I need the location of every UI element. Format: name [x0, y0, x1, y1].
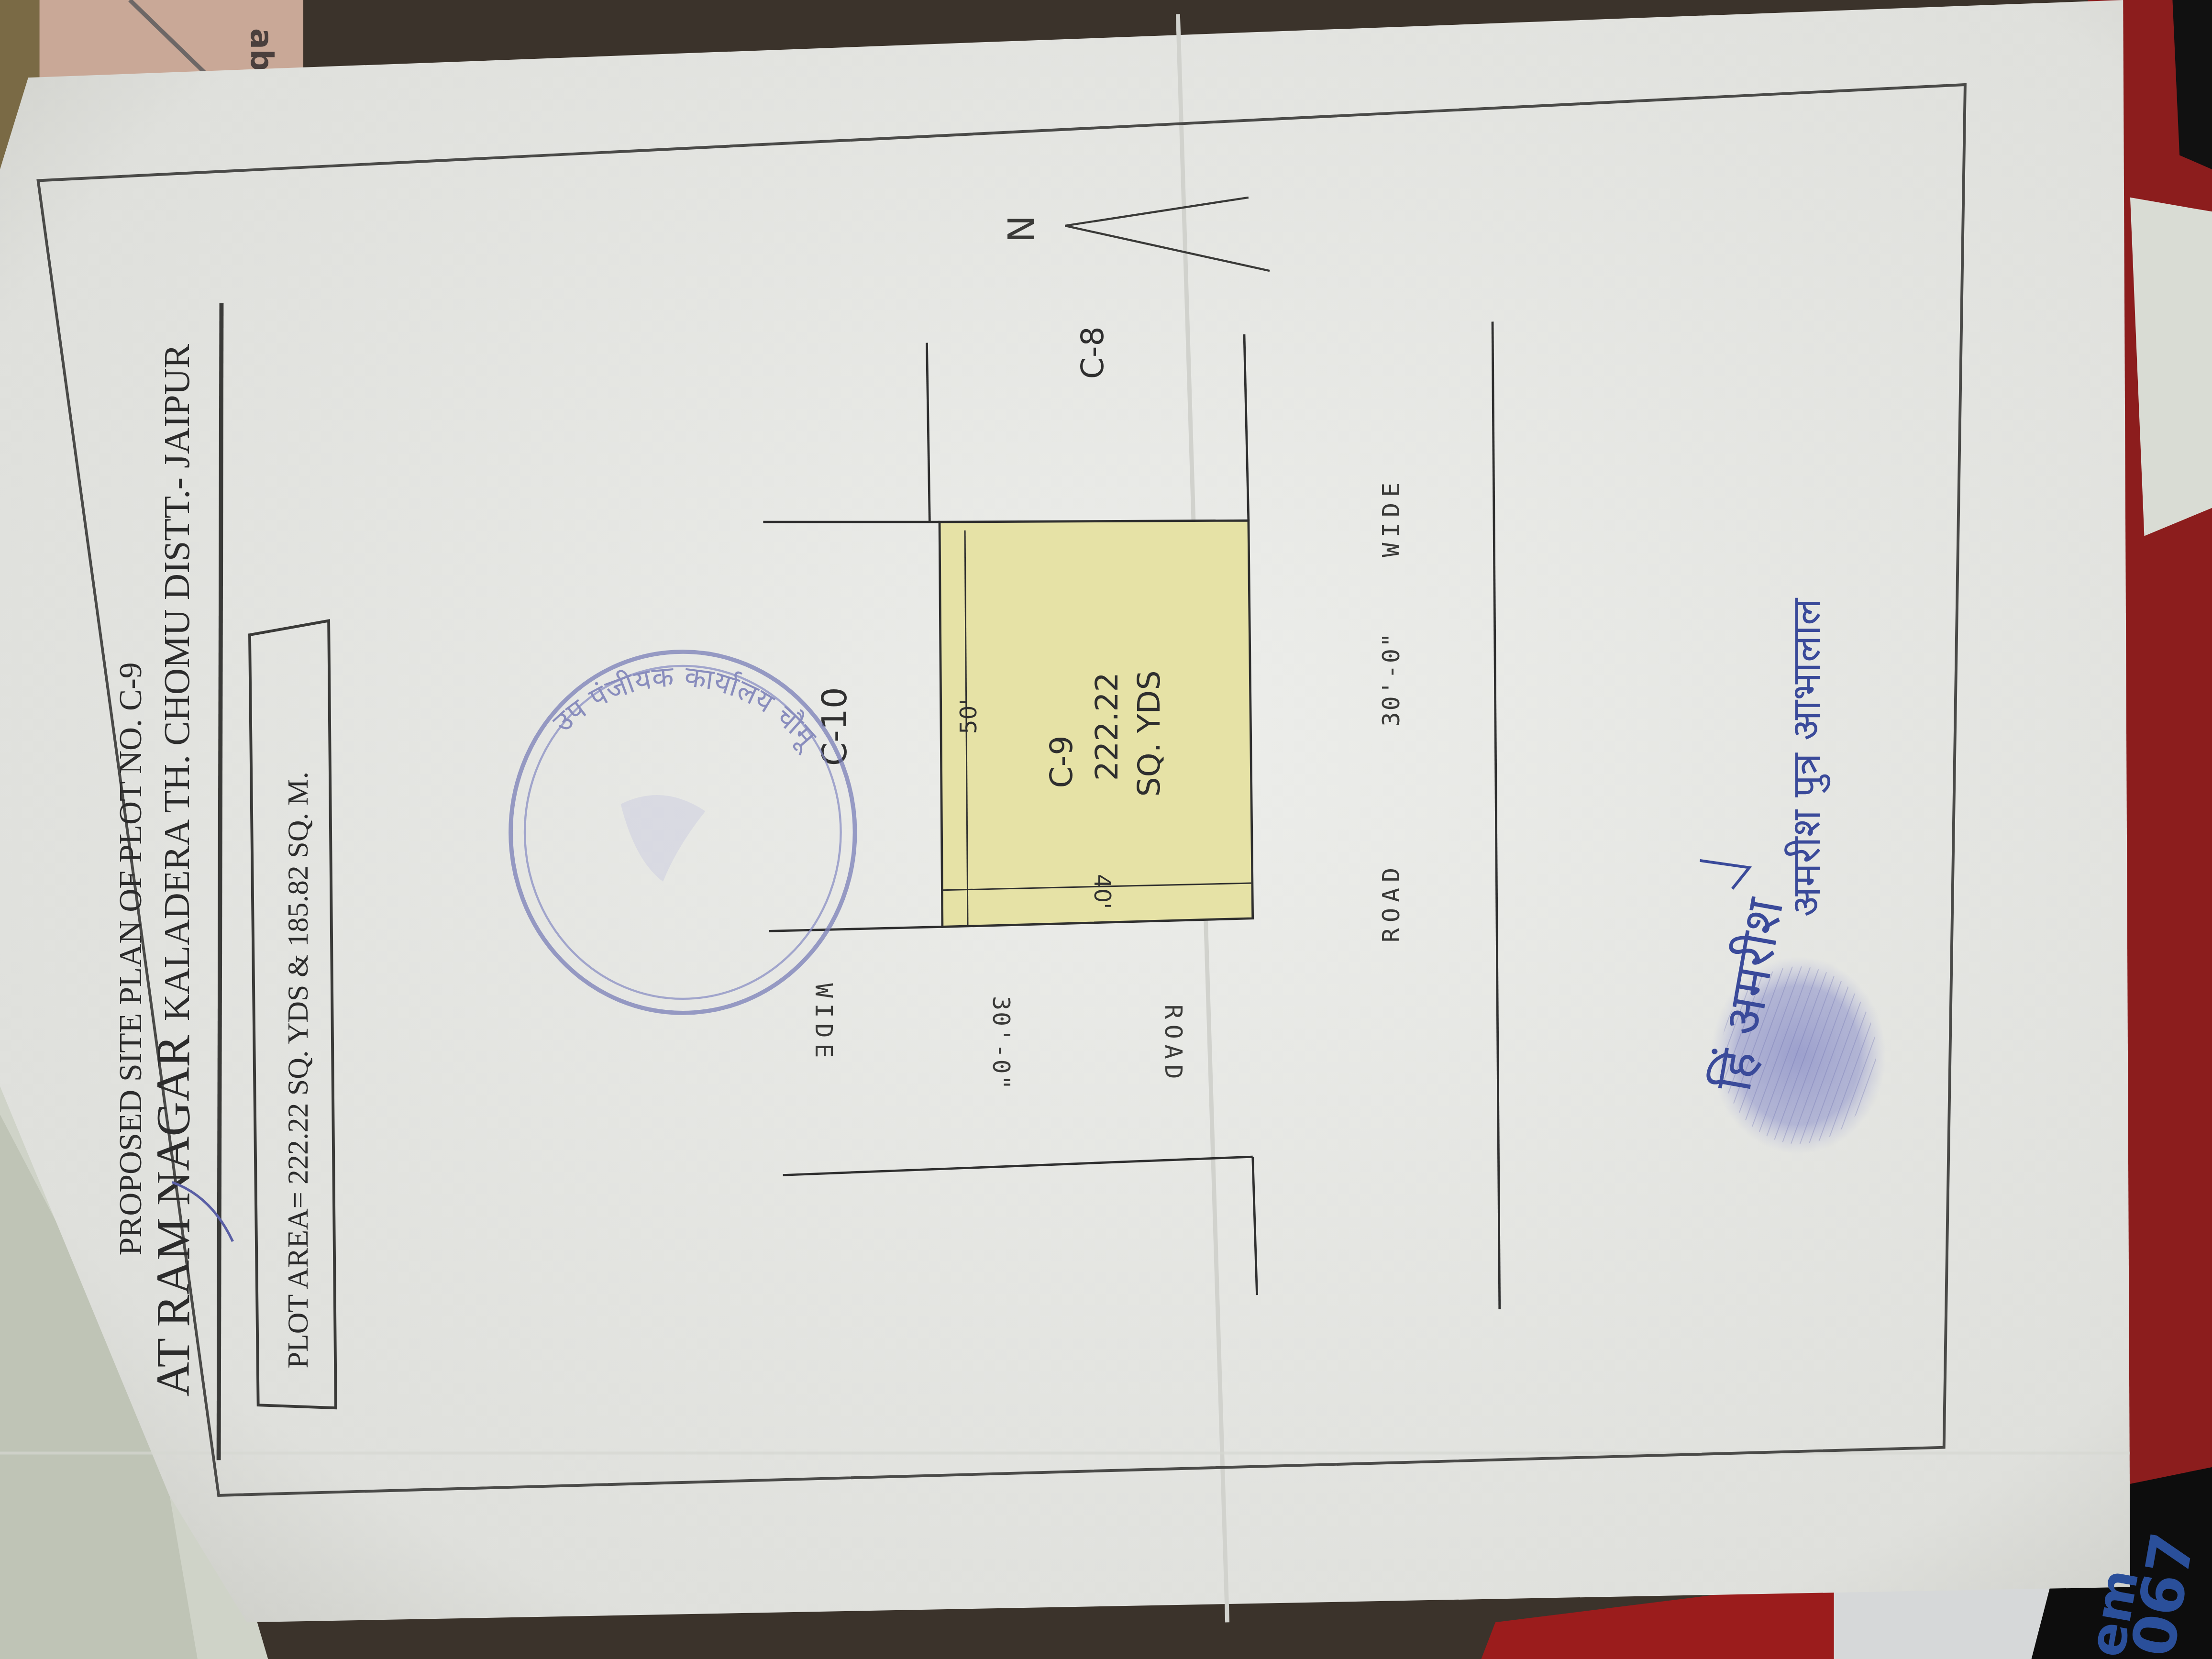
road-front-word: ROAD [1377, 862, 1405, 942]
photo-stage: able PROPOSED SITE PLAN OF PLOT NO. C-9 … [0, 0, 2212, 1659]
neighbor-c8: C-8 [1075, 326, 1111, 379]
site-plan-photo: able PROPOSED SITE PLAN OF PLOT NO. C-9 … [0, 0, 2212, 1659]
plot-area-unit: SQ. YDS [1131, 670, 1167, 796]
title-underline [219, 303, 221, 1460]
plot-area-text: PLOT AREA= 222.22 SQ. YDS & 185.82 SQ. M… [282, 772, 314, 1368]
road-side-wide: WIDE [810, 983, 838, 1063]
title-line-1: PROPOSED SITE PLAN OF PLOT NO. C-9 [112, 662, 148, 1255]
plot-area-value: 222.22 [1089, 672, 1125, 781]
title-district: KALADERA TH. CHOMU DISTT.- JAIPUR [156, 343, 197, 1021]
title-location: AT RAM NAGAR [146, 1035, 199, 1397]
plot-id: C-9 [1044, 735, 1080, 788]
dim-width: 40' [1089, 874, 1115, 909]
road-side-word: ROAD [1160, 1005, 1188, 1085]
road-front-label: ROAD 30'-0" WIDE [1377, 477, 1405, 942]
road-side-width: 30'-0" [987, 996, 1016, 1091]
road-front-wide: WIDE [1377, 477, 1405, 557]
road-front-width: 30'-0" [1377, 631, 1405, 727]
north-label: N [1001, 215, 1043, 243]
handwritten-name: अमरीश पुत्र आभालाल [1783, 597, 1831, 917]
dim-length: 50' [956, 699, 982, 734]
